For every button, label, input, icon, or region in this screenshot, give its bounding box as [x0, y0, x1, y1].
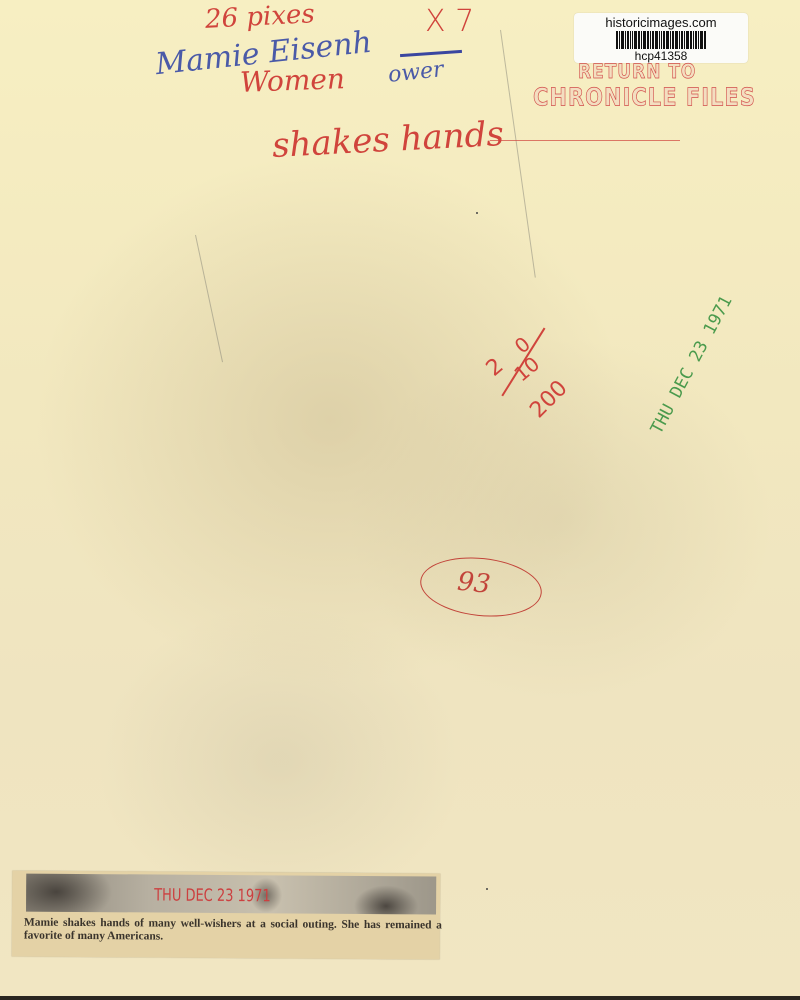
- barcode-label: historicimages.com hcp41358: [574, 13, 748, 63]
- label-site: historicimages.com: [574, 15, 748, 30]
- return-stamp-line1: RETURN TO: [578, 61, 696, 84]
- handwriting-category: Women: [239, 62, 345, 99]
- speck: [476, 212, 478, 214]
- speck: [486, 888, 488, 890]
- fraction-digit: 2: [482, 353, 509, 381]
- barcode-icon: [603, 31, 719, 49]
- handwritten-fraction: 2 0 10 200: [480, 325, 590, 445]
- handwriting-multiplier: X 7: [425, 4, 474, 39]
- return-stamp-line2: CHRONICLE FILES: [533, 83, 756, 112]
- underline-stroke: [490, 140, 680, 141]
- handwriting-pieces: 26 pixes: [204, 0, 315, 35]
- clipping-caption: Mamie shakes hands of many well-wishers …: [24, 917, 442, 946]
- circled-number-text: 93: [456, 567, 492, 600]
- photo-edge: [0, 996, 800, 1000]
- clipping-date-stamp: THU DEC 23 1971: [154, 885, 271, 906]
- fraction-bottom: 200: [525, 376, 572, 423]
- newspaper-clipping: THU DEC 23 1971 Mamie shakes hands of ma…: [12, 871, 441, 960]
